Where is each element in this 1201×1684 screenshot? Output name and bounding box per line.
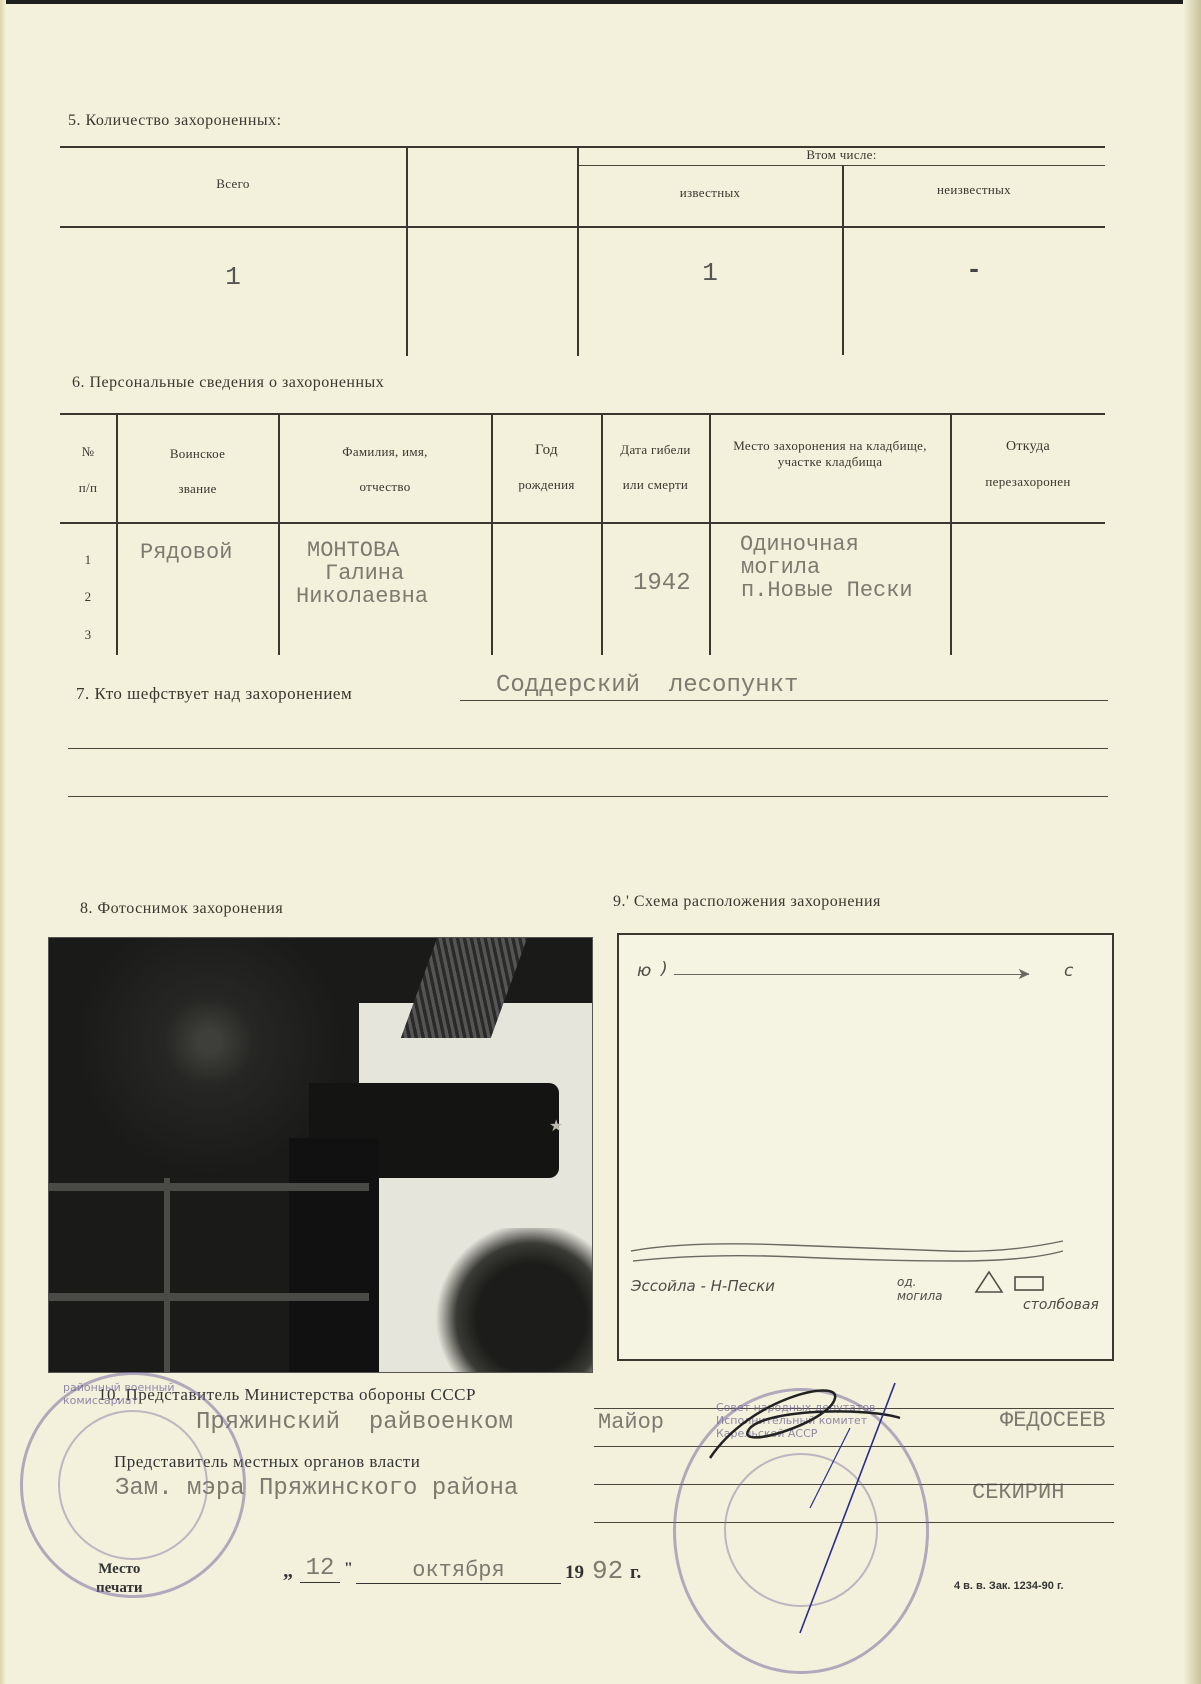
value-known: 1 (578, 258, 842, 288)
legend-monument: столбовая (1023, 1297, 1099, 1313)
section8-title: 8. Фотоснимок захоронения (80, 900, 283, 918)
date-close-quote: " (344, 1560, 353, 1578)
col-number-line1: № (60, 444, 116, 460)
signature-icon (690, 1378, 920, 1638)
record-burial-line2: могила (741, 555, 820, 580)
blank-line (68, 796, 1108, 797)
col-number-line2: п/п (60, 480, 116, 496)
grave-monument-photo: ★ (48, 937, 593, 1373)
section7-label: 7. Кто шефствует над захоронением (76, 684, 352, 704)
print-mark: 4 в. в. Зак. 1234-90 г. (954, 1580, 1064, 1592)
photo-rail (49, 1293, 369, 1301)
record-rank: Рядовой (140, 540, 232, 565)
paper-edge-right (1183, 0, 1201, 1684)
header-total: Всего (60, 176, 406, 192)
record-surname: МОНТОВА (307, 538, 399, 563)
paper-edge-left (0, 0, 6, 1684)
col-reburied-line1: Откуда (951, 439, 1105, 455)
defense-name: ФЕДОСЕЕВ (1000, 1408, 1106, 1433)
compass-north: с (1064, 961, 1073, 981)
record-first-name: Галина (325, 561, 404, 586)
section9-title: 9.' Схема расположения захоронения (613, 893, 881, 911)
date-year-prefix: 19 (565, 1562, 584, 1584)
col-name-line2: отчество (279, 479, 491, 495)
section7-value: Соддерский лесопункт (496, 672, 798, 699)
value-total: 1 (60, 262, 406, 292)
date-open-quote: „ (283, 1560, 293, 1583)
record-burial-line3: п.Новые Пески (741, 578, 913, 603)
photo-post (164, 1178, 170, 1372)
photo-rail (49, 1183, 369, 1191)
row-number: 3 (60, 627, 116, 643)
header-unknown: неизвестных (843, 182, 1105, 198)
stamp-left-text: районный военный комиссариат (63, 1381, 243, 1407)
date-month: октября (356, 1558, 561, 1584)
military-commissariat-stamp: районный военный комиссариат (20, 1372, 246, 1598)
record-patronymic: Николаевна (296, 584, 428, 609)
col-death-line2: или смерти (602, 477, 709, 493)
paper-edge-top (0, 0, 1201, 4)
col-rank-line1: Воинское (117, 446, 278, 462)
arrow-right-icon: ➤ (1017, 964, 1030, 984)
blank-line (68, 748, 1108, 749)
record-death-date: 1942 (633, 570, 691, 597)
col-death-line1: Дата гибели (602, 442, 709, 458)
col-birth-line2: рождения (492, 477, 601, 493)
road-label: Эссойла - Н-Пески (631, 1277, 775, 1295)
defense-rank: Майор (598, 1410, 664, 1435)
divider (60, 226, 1105, 228)
header-including: Втом числе: (578, 147, 1105, 163)
value-unknown: - (843, 255, 1105, 285)
star-icon: ★ (549, 1116, 563, 1136)
row-number: 2 (60, 589, 116, 605)
header-known: известных (578, 185, 842, 201)
rectangle-icon (1013, 1275, 1047, 1293)
col-rank-line2: звание (117, 481, 278, 497)
section6-title: 6. Персональные сведения о захороненных (72, 374, 384, 392)
section5-title: 5. Количество захороненных: (68, 112, 282, 130)
north-arrow-line (674, 974, 1029, 975)
burial-scheme: ю ) ➤ с Эссойла - Н-Пески од. могила сто… (617, 933, 1114, 1361)
col-reburied-line2: перезахоронен (951, 474, 1105, 490)
compass-south: ю (637, 961, 651, 981)
divider (577, 146, 579, 356)
defense-org: Пряжинский райвоенком (196, 1409, 513, 1436)
divider (406, 146, 408, 356)
date-day: 12 (300, 1555, 340, 1583)
col-birth-line1: Год (492, 442, 601, 459)
divider (60, 413, 1105, 415)
col-name-line1: Фамилия, имя, (279, 444, 491, 460)
record-burial-line1: Одиночная (740, 532, 859, 557)
stamp-inner-ring (58, 1410, 208, 1560)
road-icon (627, 1235, 1067, 1275)
col-burial-place: Место захоронения на кладбище, участке к… (722, 438, 938, 470)
row-number: 1 (60, 552, 116, 568)
date-year-suffix: 92 (592, 1556, 623, 1586)
compass-mark: ) (661, 959, 668, 979)
divider (60, 522, 1105, 524)
date-year-unit: г. (630, 1562, 641, 1584)
underline (460, 700, 1108, 701)
divider (709, 413, 711, 655)
photo-fence (289, 1138, 379, 1372)
photo-tree (429, 1228, 593, 1373)
legend-grave: од. могила (897, 1275, 957, 1303)
triangle-icon (974, 1270, 1004, 1294)
